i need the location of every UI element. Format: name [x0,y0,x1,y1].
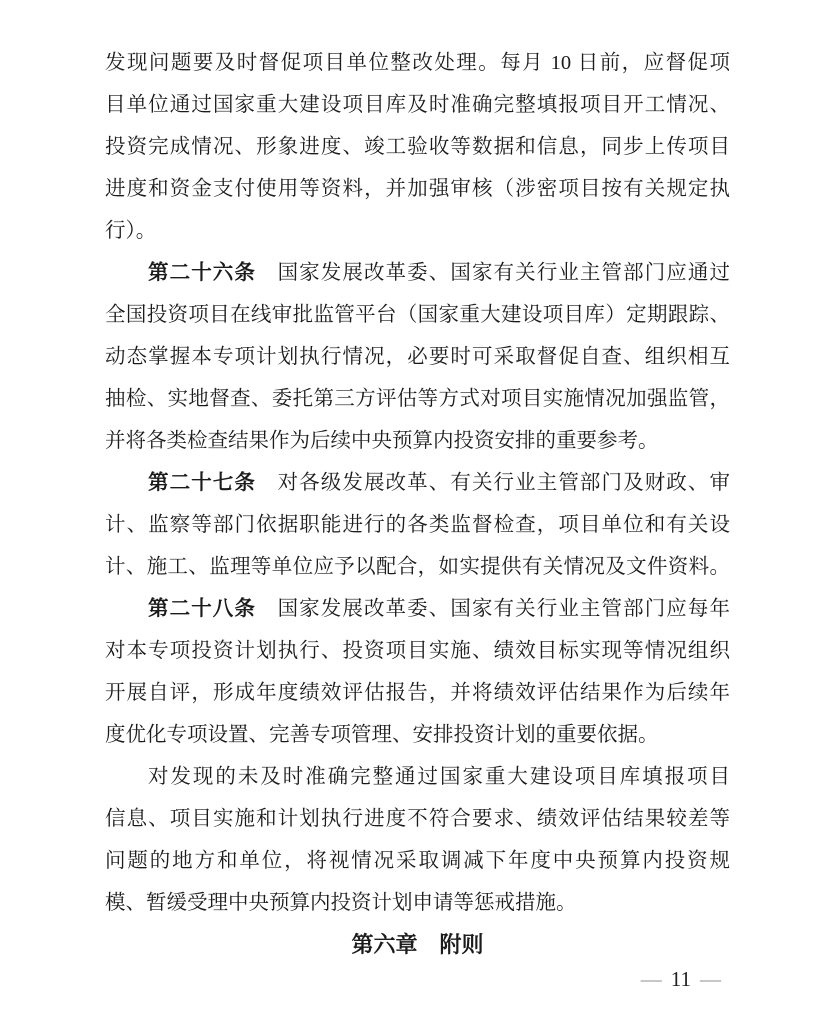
text-segment: 发现问题要及时督促项目单位整改处理。每月 10 日前，应督促项 [105,52,730,74]
document-page: 发现问题要及时督促项目单位整改处理。每月 10 日前，应督促项目单位通过国家重大… [0,0,835,1019]
page-number-right-dash: — [700,967,721,991]
text-line: 全国投资项目在线审批监管平台（国家重大建设项目库）定期跟踪、 [105,294,730,336]
text-segment: 问题的地方和单位，将视情况采取调减下年度中央预算内投资规 [105,850,730,872]
text-line: 发现问题要及时督促项目单位整改处理。每月 10 日前，应督促项 [105,42,730,84]
text-line: 目单位通过国家重大建设项目库及时准确完整填报项目开工情况、 [105,84,730,126]
text-line: 第二十七条 对各级发展改革、有关行业主管部门及财政、审 [105,462,730,504]
text-segment: 投资完成情况、形象进度、竣工验收等数据和信息，同步上传项目 [105,136,730,158]
text-line: 开展自评，形成年度绩效评估报告，并将绩效评估结果作为后续年 [105,672,730,714]
text-line: 计、施工、监理等单位应予以配合，如实提供有关情况及文件资料。 [105,546,730,588]
document-body: 发现问题要及时督促项目单位整改处理。每月 10 日前，应督促项目单位通过国家重大… [105,42,730,924]
text-line: 第二十六条 国家发展改革委、国家有关行业主管部门应通过 [105,252,730,294]
text-line: 动态掌握本专项计划执行情况，必要时可采取督促自查、组织相互 [105,336,730,378]
text-segment: 目单位通过国家重大建设项目库及时准确完整填报项目开工情况、 [105,94,730,116]
text-segment: 开展自评，形成年度绩效评估报告，并将绩效评估结果作为后续年 [105,682,730,704]
text-line: 并将各类检查结果作为后续中央预算内投资安排的重要参考。 [105,420,730,462]
text-line: 模、暂缓受理中央预算内投资计划申请等惩戒措施。 [105,882,730,924]
text-segment: 模、暂缓受理中央预算内投资计划申请等惩戒措施。 [105,892,577,914]
article-number: 第二十七条 [148,471,256,494]
text-line: 对发现的未及时准确完整通过国家重大建设项目库填报项目 [105,756,730,798]
text-line: 抽检、实地督查、委托第三方评估等方式对项目实施情况加强监管， [105,378,730,420]
page-number: —11— [641,964,721,994]
text-line: 投资完成情况、形象进度、竣工验收等数据和信息，同步上传项目 [105,126,730,168]
text-segment: 对本专项投资计划执行、投资项目实施、绩效目标实现等情况组织 [105,640,730,662]
text-line: 对本专项投资计划执行、投资项目实施、绩效目标实现等情况组织 [105,630,730,672]
chapter-heading: 第六章 附则 [105,924,730,966]
text-segment: 信息、项目实施和计划执行进度不符合要求、绩效评估结果较差等 [105,808,730,830]
text-line: 计、监察等部门依据职能进行的各类监督检查，项目单位和有关设 [105,504,730,546]
text-segment: 国家发展改革委、国家有关行业主管部门应每年 [256,598,730,620]
text-segment: 对各级发展改革、有关行业主管部门及财政、审 [256,472,730,494]
text-segment: 计、施工、监理等单位应予以配合，如实提供有关情况及文件资料。 [105,556,730,578]
text-segment: 动态掌握本专项计划执行情况，必要时可采取督促自查、组织相互 [105,346,730,368]
text-line: 问题的地方和单位，将视情况采取调减下年度中央预算内投资规 [105,840,730,882]
text-line: 进度和资金支付使用等资料，并加强审核（涉密项目按有关规定执 [105,168,730,210]
page-number-left-dash: — [641,967,662,991]
text-line: 信息、项目实施和计划执行进度不符合要求、绩效评估结果较差等 [105,798,730,840]
text-segment: 抽检、实地督查、委托第三方评估等方式对项目实施情况加强监管， [105,388,730,410]
text-line: 行）。 [105,210,730,252]
text-segment: 计、监察等部门依据职能进行的各类监督检查，项目单位和有关设 [105,514,730,536]
article-number: 第二十六条 [148,261,256,284]
text-segment: 行）。 [105,220,156,242]
text-segment: 进度和资金支付使用等资料，并加强审核（涉密项目按有关规定执 [105,178,730,200]
text-line: 度优化专项设置、完善专项管理、安排投资计划的重要依据。 [105,714,730,756]
text-line: 第二十八条 国家发展改革委、国家有关行业主管部门应每年 [105,588,730,630]
text-segment: 国家发展改革委、国家有关行业主管部门应通过 [256,262,730,284]
article-number: 第二十八条 [148,597,256,620]
text-segment: 全国投资项目在线审批监管平台（国家重大建设项目库）定期跟踪、 [105,304,730,326]
page-number-value: 11 [671,967,691,991]
document-content: 发现问题要及时督促项目单位整改处理。每月 10 日前，应督促项目单位通过国家重大… [105,42,730,966]
text-segment: 并将各类检查结果作为后续中央预算内投资安排的重要参考。 [105,430,659,452]
text-segment: 对发现的未及时准确完整通过国家重大建设项目库填报项目 [148,766,730,788]
text-segment: 度优化专项设置、完善专项管理、安排投资计划的重要依据。 [105,724,659,746]
